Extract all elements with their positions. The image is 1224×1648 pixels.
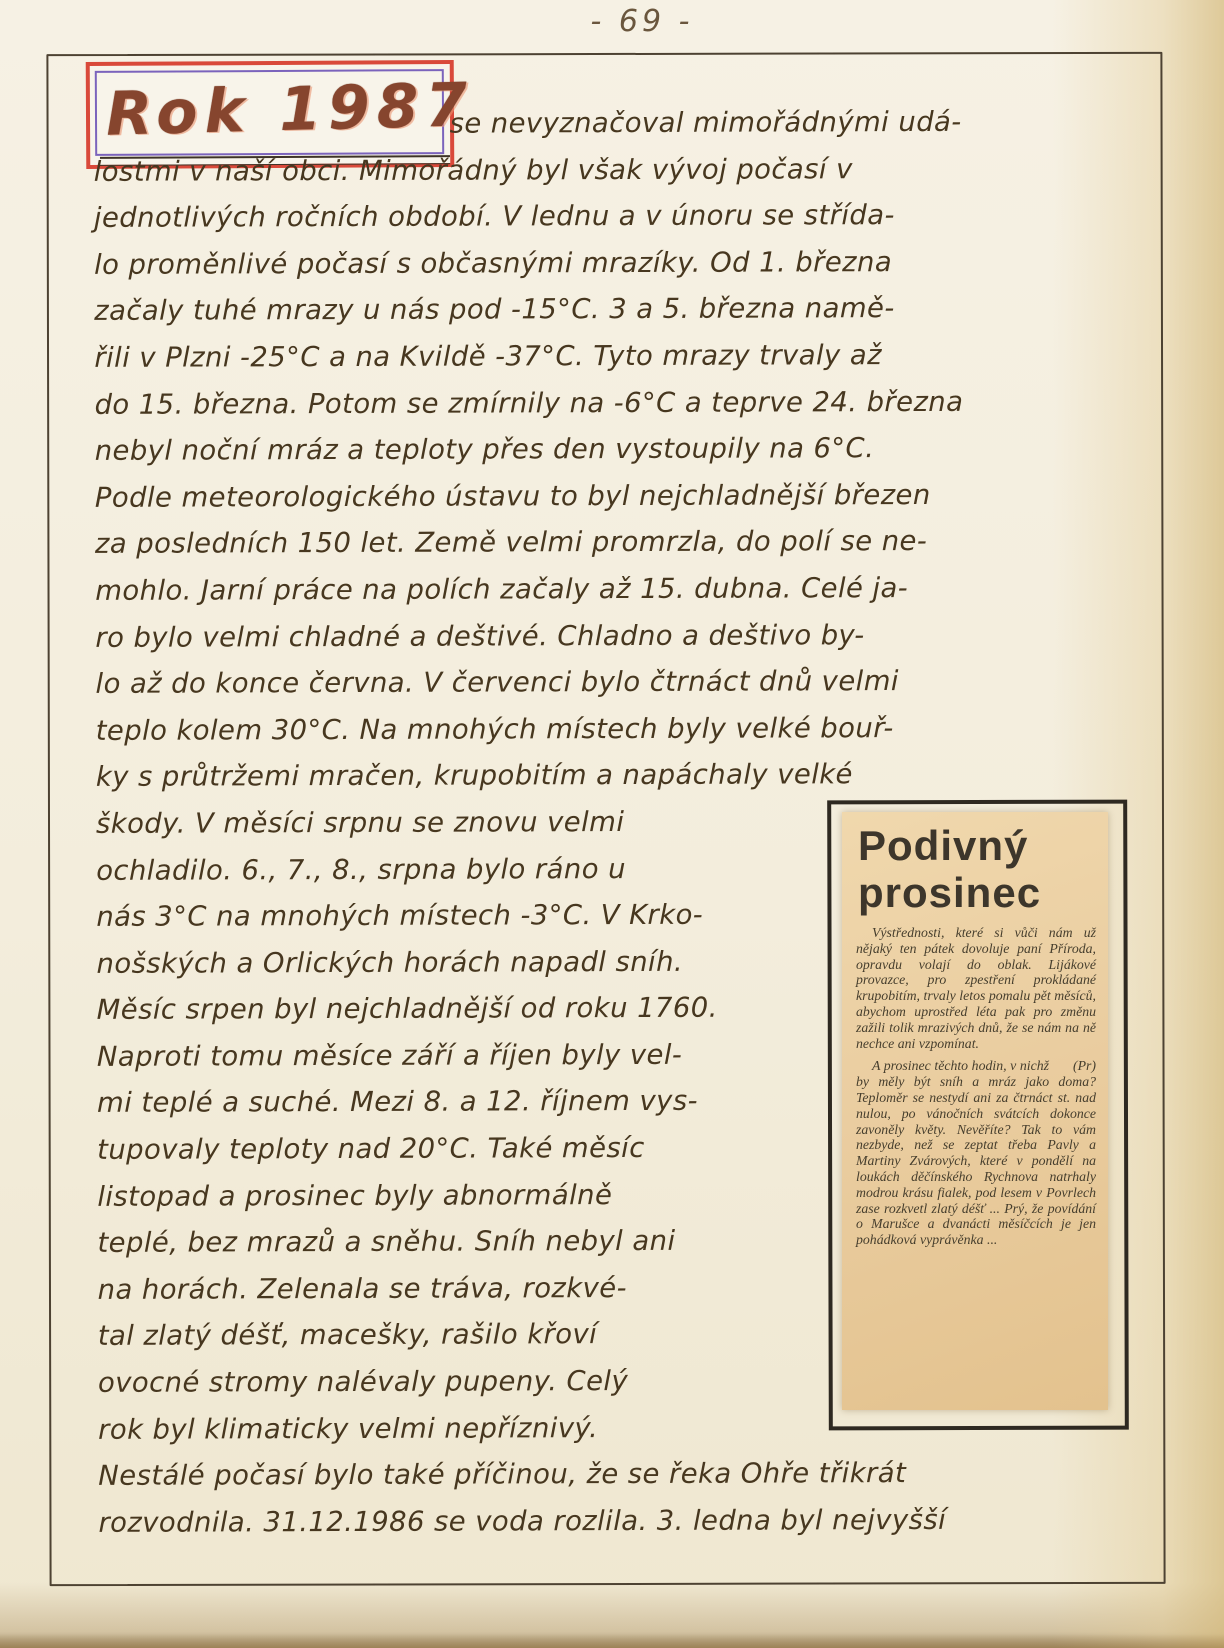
clipping-headline-line1: Podivný xyxy=(858,822,1096,869)
clipping-signature: (Pr) xyxy=(1049,1058,1096,1074)
chronicle-page-scan: - 69 - Rok 1987 se nevyznačoval mimořádn… xyxy=(0,0,1224,1648)
manuscript-line: Podle meteorologického ústavu to byl nej… xyxy=(95,472,1159,522)
manuscript-line: lo až do konce června. V červenci bylo č… xyxy=(95,658,1159,708)
manuscript-line: lo proměnlivé počasí s občasnými mrazíky… xyxy=(94,239,1158,289)
manuscript-line: jednotlivých ročních období. V lednu a v… xyxy=(94,192,1158,242)
manuscript-line: začaly tuhé mrazy u nás pod -15°C. 3 a 5… xyxy=(94,286,1158,336)
scan-bottom-edge-shadow xyxy=(0,1634,1224,1648)
manuscript-line: za posledních 150 let. Země velmi promrz… xyxy=(95,518,1159,568)
newspaper-clipping: Podivný prosinec Výstřednosti, které si … xyxy=(842,812,1108,1410)
manuscript-line: řili v Plzni -25°C a na Kvildě -37°C. Ty… xyxy=(94,332,1158,382)
clipping-paragraph: Výstřednosti, které si vůči nám už nějak… xyxy=(856,925,1096,1051)
clipping-headline: Podivný prosinec xyxy=(858,822,1096,916)
page-number: - 69 - xyxy=(532,4,752,39)
clipping-headline-line2: prosinec xyxy=(858,869,1096,916)
manuscript-line: mohlo. Jarní práce na polích začaly až 1… xyxy=(95,565,1159,615)
clipping-body: Výstřednosti, které si vůči nám už nějak… xyxy=(856,925,1096,1248)
manuscript-line: rozvodnila. 31.12.1986 se voda rozlila. … xyxy=(98,1497,1162,1547)
clipping-paragraph: (Pr)A prosinec těchto hodin, v nichž by … xyxy=(856,1058,1096,1248)
manuscript-line: Nestálé počasí bylo také příčinou, že se… xyxy=(98,1450,1162,1500)
manuscript-line: ro bylo velmi chladné a deštivé. Chladno… xyxy=(95,612,1159,662)
manuscript-line: se nevyznačoval mimořádnými udá- xyxy=(93,99,1157,149)
manuscript-line: do 15. března. Potom se zmírnily na -6°C… xyxy=(94,379,1158,429)
manuscript-line: lostmi v naší obci. Mimořádný byl však v… xyxy=(94,146,1158,196)
manuscript-line: teplo kolem 30°C. Na mnohých místech byl… xyxy=(96,705,1160,755)
manuscript-line: nebyl noční mráz a teploty přes den vyst… xyxy=(95,425,1159,475)
manuscript-line: ky s průtržemi mračen, krupobitím a napá… xyxy=(96,751,1160,801)
